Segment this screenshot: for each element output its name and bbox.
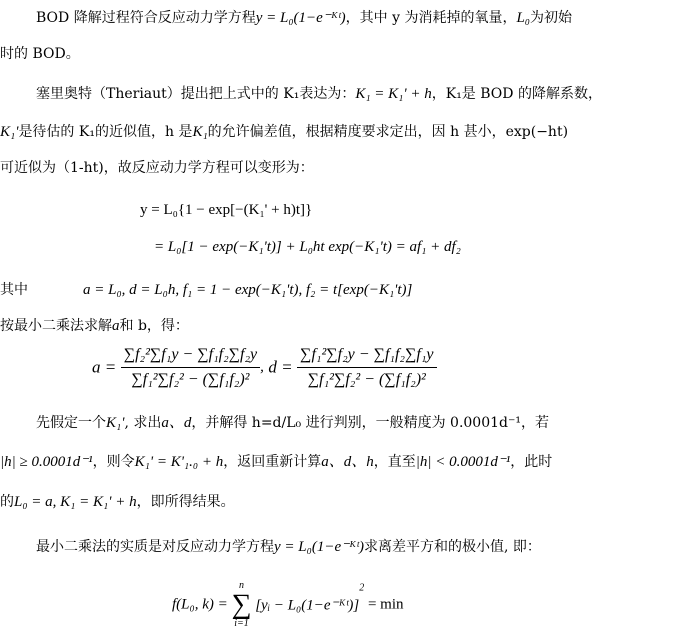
- symbol-a: a: [112, 318, 120, 334]
- symbol-k1-prime: K₁': [106, 415, 124, 431]
- final-body: [yᵢ − L₀(1−e⁻ᴷᵗ)]: [255, 598, 359, 614]
- equation-result: L₀ = a, K₁ = K₁' + h: [14, 494, 137, 510]
- text: 按最小二乘法求解: [0, 318, 112, 334]
- text: 时的 BOD。: [0, 46, 80, 62]
- equation-k1: K₁ = K₁' + h: [355, 86, 431, 102]
- text: ，并解得 h=d/L₀ 进行判别，一般精度为 0.0001d⁻¹，若: [191, 415, 549, 431]
- text: ，K₁是 BOD 的降解系数，: [432, 86, 602, 102]
- paragraph-3-line-3: 的L₀ = a, K₁ = K₁' + h，即所得结果。: [0, 492, 235, 512]
- text: ，返回重新计算: [223, 454, 321, 470]
- text: 的: [0, 494, 14, 510]
- equation-line-2: = L₀[1 − exp(−K₁'t)] + L₀ht exp(−K₁'t) =…: [154, 237, 461, 257]
- text: 和 b，得：: [120, 318, 189, 334]
- fraction-numerator: ∑f₁²∑f₂y − ∑f₁f₂∑f₁y: [297, 343, 436, 368]
- where-label: 其中: [0, 280, 28, 300]
- text: 塞里奥特（Theriaut）提出把上式中的 K₁表达为：: [36, 86, 355, 102]
- final-lhs: f(L₀, k) =: [172, 597, 228, 613]
- paragraph-3-line-2: |h| ≥ 0.0001d⁻¹，则令K₁' = K'₁.₀ + h，返回重新计算…: [0, 452, 552, 472]
- separator: ,: [260, 359, 264, 375]
- text: , 求出: [124, 415, 161, 431]
- text: BOD 降解过程符合反应动力学方程: [36, 10, 256, 26]
- summation: n ∑ i=1: [232, 580, 252, 630]
- paragraph-2-line-1: 塞里奥特（Theriaut）提出把上式中的 K₁表达为：K₁ = K₁' + h…: [36, 84, 602, 104]
- equation-text: y = L₀{1 − exp[−(K₁' + h)t]}: [140, 202, 312, 218]
- fraction-denominator: ∑f₁²∑f₂² − (∑f₁f₂)²: [297, 368, 436, 392]
- paragraph-1-line-2: 时的 BOD。: [0, 44, 80, 64]
- symbol-k1-prime: K₁': [0, 124, 18, 140]
- where-equation: a = L₀, d = L₀h, f₁ = 1 − exp(−K₁'t), f₂…: [83, 280, 412, 300]
- formula-a-lhs: a =: [92, 358, 116, 377]
- equation-kinetic: y = L₀(1−e⁻ᴷᵗ): [256, 10, 346, 26]
- paragraph-1-line-1: BOD 降解过程符合反应动力学方程y = L₀(1−e⁻ᴷᵗ)，其中 y 为消耗…: [36, 8, 572, 28]
- symbols-a-d-h: a、d、h: [321, 454, 374, 470]
- text: ，直至: [374, 454, 416, 470]
- sum-lower-limit: i=1: [232, 618, 252, 630]
- paragraph-4: 最小二乘法的实质是对反应动力学方程y = L₀(1−e⁻ᴷᵗ)求离差平方和的极小…: [36, 537, 541, 557]
- text: 为初始: [530, 10, 572, 26]
- equation-update: K₁' = K'₁.₀ + h: [135, 454, 224, 470]
- text: 先假定一个: [36, 415, 106, 431]
- final-exponent: 2: [359, 582, 364, 593]
- text: 是待估的 K₁的近似值，h 是: [18, 124, 192, 140]
- text: 的允许偏差值，根据精度要求定出，因 h 甚小，exp(−ht): [208, 124, 568, 140]
- symbol-l0: L₀: [516, 10, 530, 26]
- sigma-icon: ∑: [232, 592, 252, 618]
- text: 可近似为（1-ht)，故反应动力学方程可以变形为：: [0, 160, 314, 176]
- fraction-a: ∑f₂²∑f₁y − ∑f₁f₂∑f₂y ∑f₁²∑f₂² − (∑f₁f₂)²: [121, 343, 260, 392]
- equation-text: a = L₀, d = L₀h, f₁ = 1 − exp(−K₁'t), f₂…: [83, 282, 412, 298]
- text: 其中: [0, 282, 28, 298]
- equation-text: = L₀[1 − exp(−K₁'t)] + L₀ht exp(−K₁'t) =…: [154, 239, 461, 255]
- text: 求离差平方和的极小值, 即：: [364, 539, 541, 555]
- fraction-denominator: ∑f₁²∑f₂² − (∑f₁f₂)²: [121, 368, 260, 392]
- fraction-numerator: ∑f₂²∑f₁y − ∑f₁f₂∑f₂y: [121, 343, 260, 368]
- symbol-k1: K₁: [192, 124, 207, 140]
- final-equation: f(L₀, k) = n ∑ i=1 [yᵢ − L₀(1−e⁻ᴷᵗ)]2 = …: [172, 580, 404, 630]
- paragraph-3-line-1: 先假定一个K₁', 求出a、d，并解得 h=d/L₀ 进行判别，一般精度为 0.…: [36, 413, 549, 433]
- text: 最小二乘法的实质是对反应动力学方程: [36, 539, 274, 555]
- final-rhs: = min: [368, 597, 404, 613]
- text: ，此时: [510, 454, 552, 470]
- least-squares-formula: a = ∑f₂²∑f₁y − ∑f₁f₂∑f₂y ∑f₁²∑f₂² − (∑f₁…: [92, 343, 437, 392]
- formula-d-lhs: d =: [268, 358, 292, 377]
- symbols-a-d: a、d: [161, 415, 191, 431]
- condition-ge: |h| ≥ 0.0001d⁻¹: [0, 454, 93, 470]
- paragraph-2-line-3: 可近似为（1-ht)，故反应动力学方程可以变形为：: [0, 158, 314, 178]
- text: ，即所得结果。: [137, 494, 235, 510]
- text: ，则令: [93, 454, 135, 470]
- least-squares-intro: 按最小二乘法求解a和 b，得：: [0, 316, 189, 336]
- condition-lt: |h| < 0.0001d⁻¹: [416, 454, 511, 470]
- equation-line-1: y = L₀{1 − exp[−(K₁' + h)t]}: [140, 200, 312, 220]
- text: ，其中 y 为消耗掉的氧量，: [346, 10, 517, 26]
- equation-kinetic: y = L₀(1−e⁻ᴷᵗ): [274, 539, 364, 555]
- paragraph-2-line-2: K₁'是待估的 K₁的近似值，h 是K₁的允许偏差值，根据精度要求定出，因 h …: [0, 122, 568, 142]
- fraction-d: ∑f₁²∑f₂y − ∑f₁f₂∑f₁y ∑f₁²∑f₂² − (∑f₁f₂)²: [297, 343, 436, 392]
